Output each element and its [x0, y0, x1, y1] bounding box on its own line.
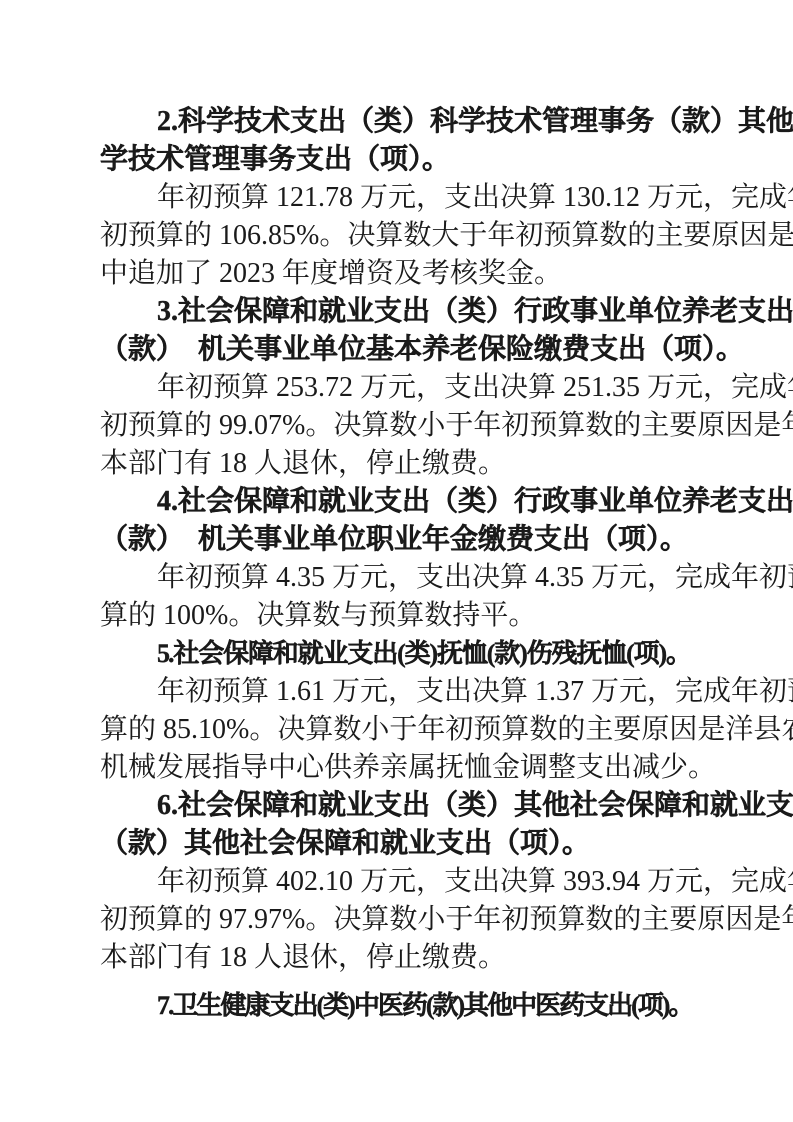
heading-line: 学技术管理事务支出（项）。	[100, 141, 690, 179]
body-line: 年初预算 4.35 万元，支出决算 4.35 万元，完成年初预	[100, 559, 690, 597]
document-content: 2.科学技术支出（类）科学技术管理事务（款）其他科 学技术管理事务支出（项）。 …	[100, 103, 690, 1025]
expense-section-7: 7.卫生健康支出(类)中医药(款)其他中医药支出(项)。	[100, 987, 690, 1025]
body-line: 初预算的 97.97%。决算数小于年初预算数的主要原因是年中	[100, 901, 690, 939]
heading-line: （款） 机关事业单位职业年金缴费支出（项）。	[100, 521, 690, 559]
body-line: 年初预算 121.78 万元，支出决算 130.12 万元，完成年	[100, 179, 690, 217]
body-line: 本部门有 18 人退休，停止缴费。	[100, 445, 690, 483]
expense-section-5: 5.社会保障和就业支出(类)抚恤(款)伤残抚恤(项)。 年初预算 1.61 万元…	[100, 635, 690, 787]
heading-line: 6.社会保障和就业支出（类）其他社会保障和就业支出	[100, 787, 690, 825]
body-line: 年初预算 253.72 万元，支出决算 251.35 万元，完成年	[100, 369, 690, 407]
body-line: 算的 85.10%。决算数小于年初预算数的主要原因是洋县农业	[100, 711, 690, 749]
heading-line: （款） 机关事业单位基本养老保险缴费支出（项）。	[100, 331, 690, 369]
heading-line: 3.社会保障和就业支出（类）行政事业单位养老支出	[100, 293, 690, 331]
expense-section-6: 6.社会保障和就业支出（类）其他社会保障和就业支出 （款）其他社会保障和就业支出…	[100, 787, 690, 977]
body-line: 初预算的 106.85%。决算数大于年初预算数的主要原因是年	[100, 217, 690, 255]
body-line: 本部门有 18 人退休，停止缴费。	[100, 939, 690, 977]
heading-line: 4.社会保障和就业支出（类）行政事业单位养老支出	[100, 483, 690, 521]
body-line: 算的 100%。决算数与预算数持平。	[100, 597, 690, 635]
body-line: 机械发展指导中心供养亲属抚恤金调整支出减少。	[100, 749, 690, 787]
expense-section-4: 4.社会保障和就业支出（类）行政事业单位养老支出 （款） 机关事业单位职业年金缴…	[100, 483, 690, 635]
body-line: 初预算的 99.07%。决算数小于年初预算数的主要原因是年中	[100, 407, 690, 445]
body-line: 中追加了 2023 年度增资及考核奖金。	[100, 255, 690, 293]
heading-line: （款）其他社会保障和就业支出（项）。	[100, 825, 690, 863]
body-line: 年初预算 402.10 万元，支出决算 393.94 万元，完成年	[100, 863, 690, 901]
body-line: 年初预算 1.61 万元，支出决算 1.37 万元，完成年初预	[100, 673, 690, 711]
expense-section-3: 3.社会保障和就业支出（类）行政事业单位养老支出 （款） 机关事业单位基本养老保…	[100, 293, 690, 483]
document-page: 2.科学技术支出（类）科学技术管理事务（款）其他科 学技术管理事务支出（项）。 …	[0, 0, 793, 1122]
heading-line: 5.社会保障和就业支出(类)抚恤(款)伤残抚恤(项)。	[100, 635, 690, 673]
expense-section-2: 2.科学技术支出（类）科学技术管理事务（款）其他科 学技术管理事务支出（项）。 …	[100, 103, 690, 293]
heading-line: 2.科学技术支出（类）科学技术管理事务（款）其他科	[100, 103, 690, 141]
heading-line: 7.卫生健康支出(类)中医药(款)其他中医药支出(项)。	[100, 987, 690, 1025]
